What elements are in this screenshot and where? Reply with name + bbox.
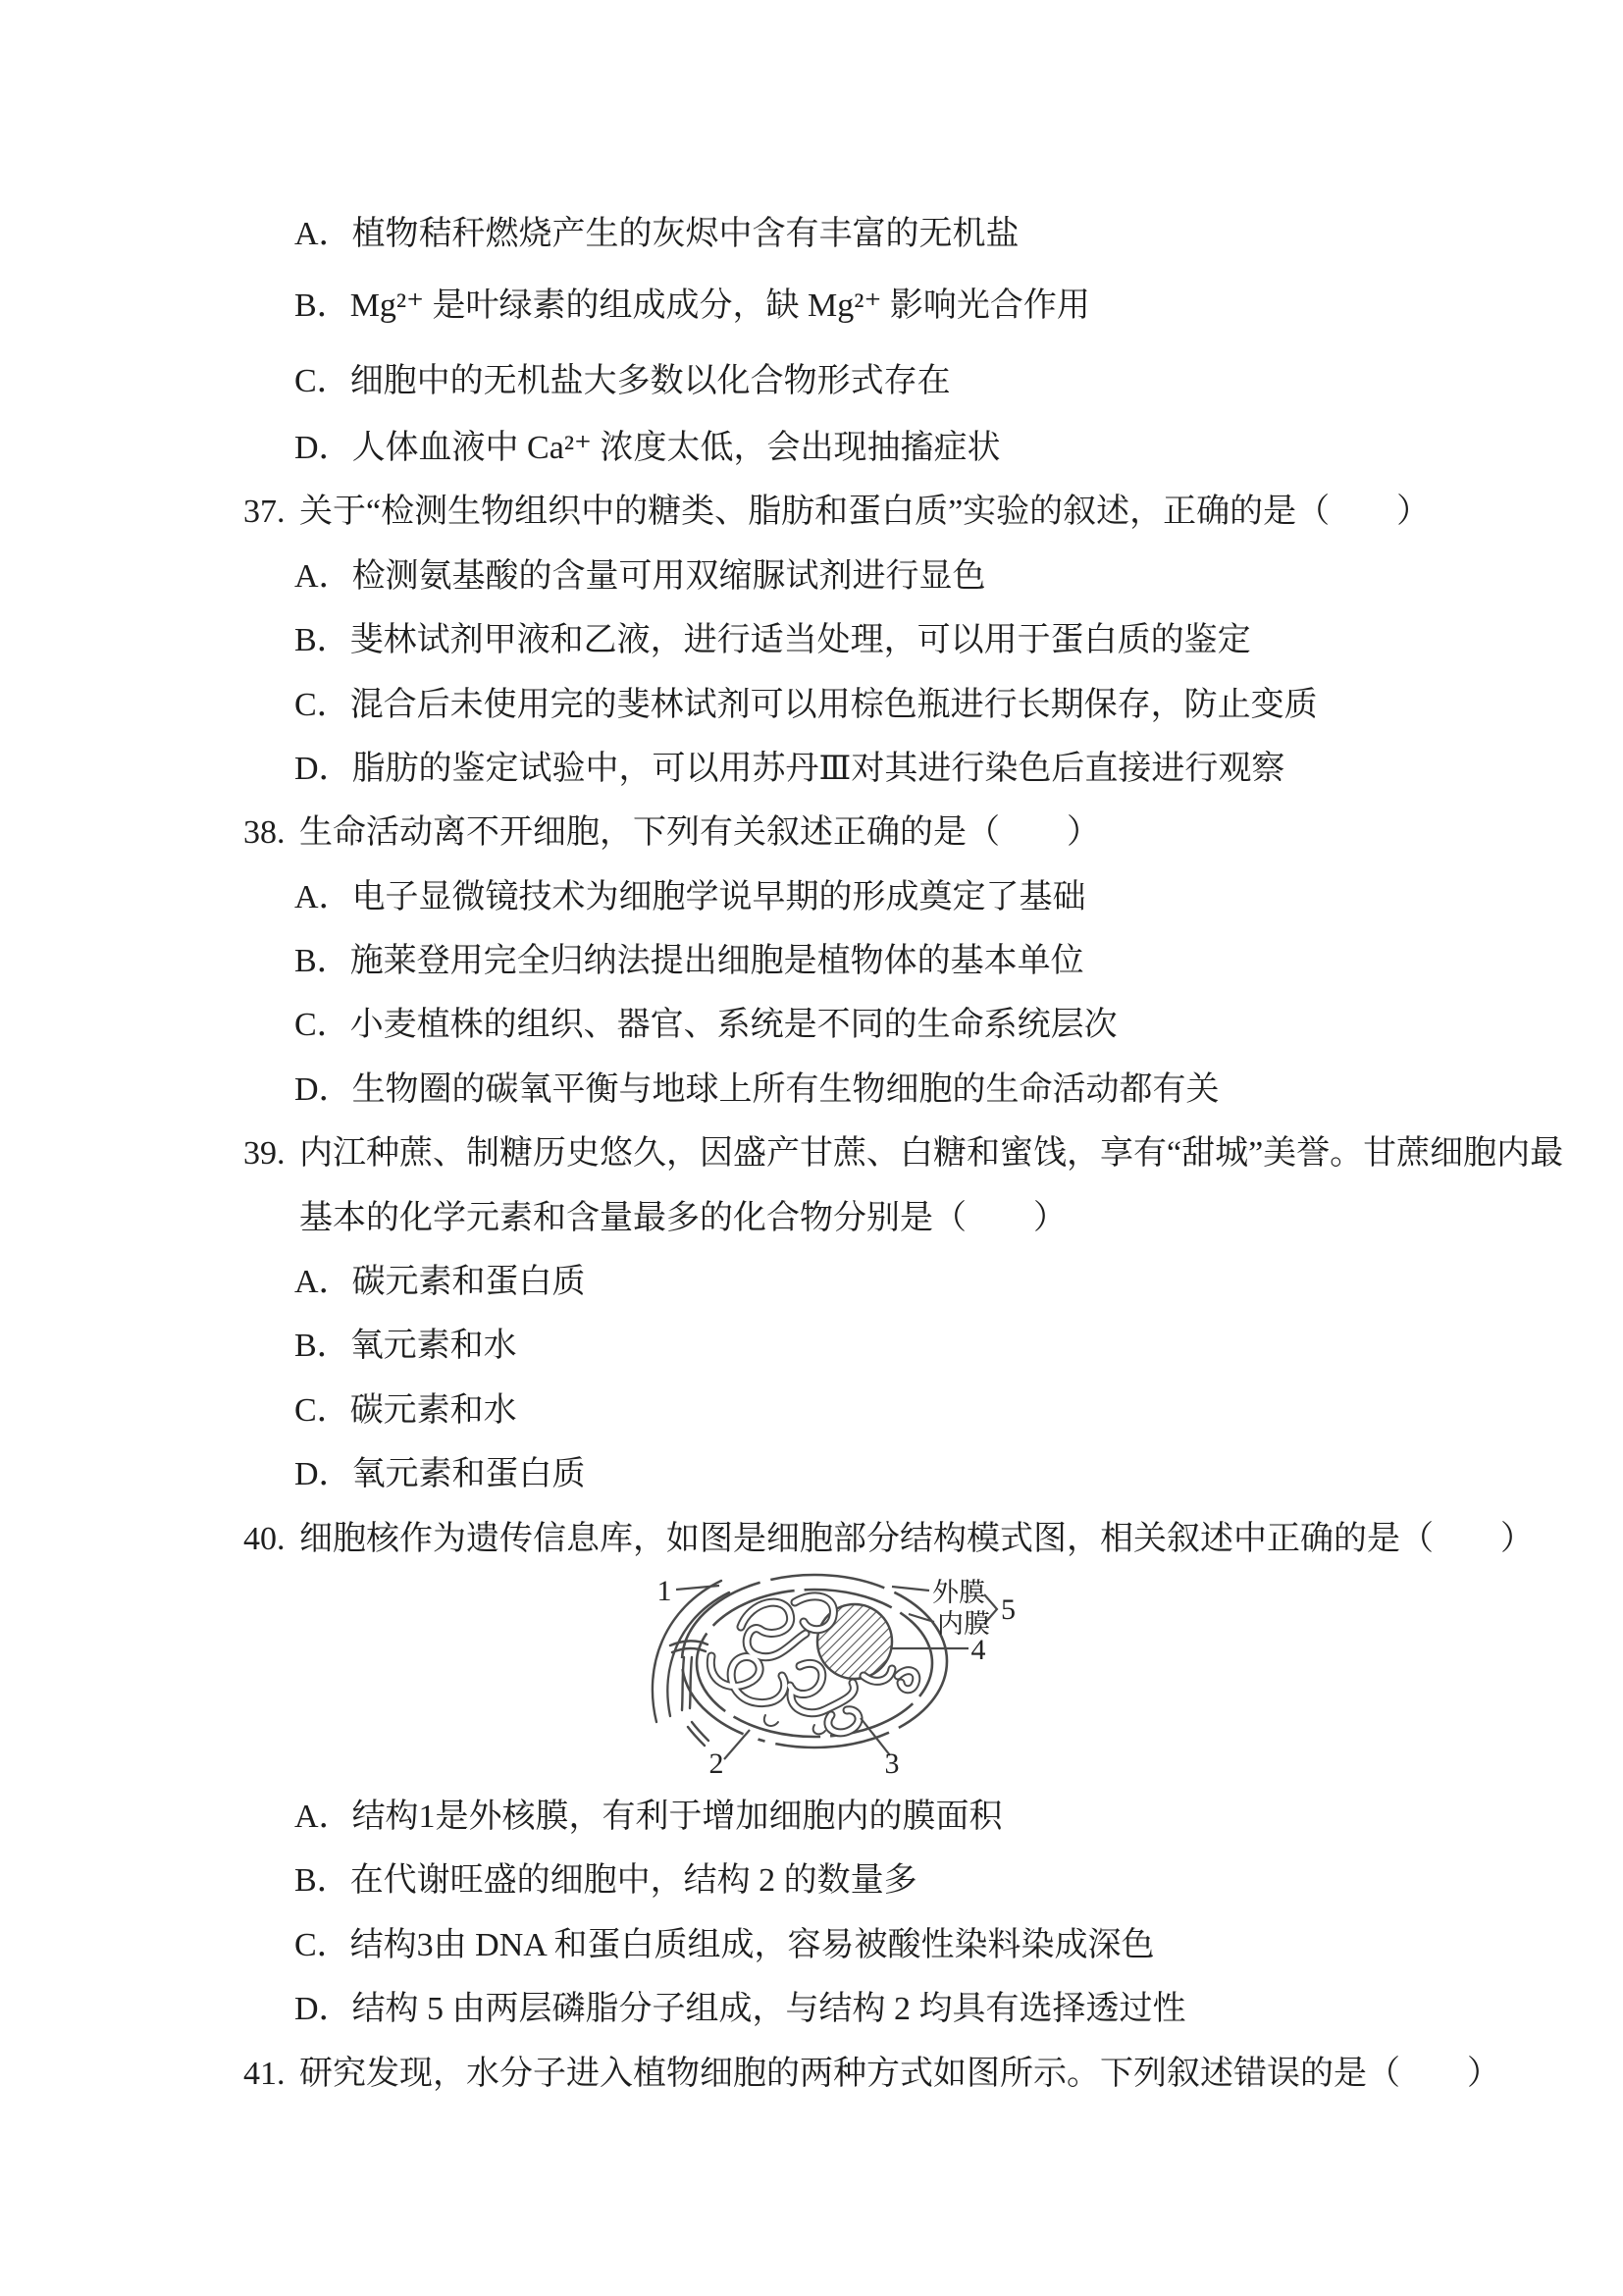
option-label: D． [294,1442,352,1506]
option-37-C: C．混合后未使用完的斐林试剂可以用棕色瓶进行长期保存，防止变质 [294,673,1519,737]
option-label: D． [294,1977,352,2041]
option-text: 结构3由 DNA 和蛋白质组成，容易被酸性染料染成深色 [350,1927,1155,1963]
question-39-continued: 基本的化学元素和含量最多的化合物分别是（ ） [299,1186,1519,1250]
question-41: 41.研究发现，水分子进入植物细胞的两种方式如图所示。下列叙述错误的是（ ） [243,2042,1519,2106]
question-stem: 内江种蔗、制糖历史悠久，因盛产甘蔗、白糖和蜜饯，享有“甜城”美誉。甘蔗细胞内最 [299,1135,1563,1172]
option-38-B: B．施莱登用完全归纳法提出细胞是植物体的基本单位 [294,929,1519,993]
option-label: B． [294,1849,350,1912]
option-36-A: A．植物秸秆燃烧产生的灰烬中含有丰富的无机盐 [294,202,1519,266]
nuclear-pore-gap [743,1729,759,1745]
option-label: C． [294,1913,350,1977]
option-37-A: A．检测氨基酸的含量可用双缩脲试剂进行显色 [294,545,1519,608]
option-text: 斐林试剂甲液和乙液，进行适当处理，可以用于蛋白质的鉴定 [350,622,1251,658]
option-text: 结构1是外核膜，有利于增加细胞内的膜面积 [352,1799,1003,1835]
option-36-C: C．细胞中的无机盐大多数以化合物形式存在 [294,349,1519,413]
option-text: 氧元素和蛋白质 [352,1456,586,1492]
question-38: 38.生命活动离不开细胞，下列有关叙述正确的是（ ） [243,801,1519,864]
option-text: 施莱登用完全归纳法提出细胞是植物体的基本单位 [350,943,1084,979]
question-stem: 关于“检测生物组织中的糖类、脂肪和蛋白质”实验的叙述，正确的是（ ） [299,494,1430,530]
option-39-A: A．碳元素和蛋白质 [294,1250,1519,1314]
option-38-C: C．小麦植株的组织、器官、系统是不同的生命系统层次 [294,993,1519,1057]
option-39-C: C．碳元素和水 [294,1379,1519,1442]
question-number: 39. [243,1122,299,1185]
option-38-A: A．电子显微镜技术为细胞学说早期的形成奠定了基础 [294,865,1519,929]
leader-line-1 [676,1586,719,1590]
figure-label-3: 3 [885,1748,900,1780]
option-text: 人体血液中 Ca²⁺ 浓度太低，会出现抽搐症状 [352,430,1001,466]
option-label: A． [294,545,352,608]
option-text: 检测氨基酸的含量可用双缩脲试剂进行显色 [352,558,986,595]
option-label: C． [294,1379,350,1442]
option-label: D． [294,1058,352,1122]
option-text: 生物圈的碳氧平衡与地球上所有生物细胞的生命活动都有关 [352,1071,1220,1108]
question-stem: 研究发现，水分子进入植物细胞的两种方式如图所示。下列叙述错误的是（ ） [299,2056,1500,2092]
option-39-D: D．氧元素和蛋白质 [294,1442,1519,1506]
option-text: 电子显微镜技术为细胞学说早期的形成奠定了基础 [352,879,1086,915]
option-40-D: D．结构 5 由两层磷脂分子组成，与结构 2 均具有选择透过性 [294,1977,1519,2041]
option-label: A． [294,202,352,266]
option-label: B． [294,929,350,993]
outer-membrane-label: 外膜 [932,1578,985,1607]
option-36-D: D．人体血液中 Ca²⁺ 浓度太低，会出现抽搐症状 [294,416,1519,480]
option-label: A． [294,865,352,929]
question-number: 40. [243,1507,299,1571]
figure-label-1: 1 [657,1575,672,1607]
question-number: 41. [243,2042,299,2106]
option-text: 植物秸秆燃烧产生的灰烬中含有丰富的无机盐 [352,216,1020,252]
option-40-A: A．结构1是外核膜，有利于增加细胞内的膜面积 [294,1785,1519,1849]
option-label: D． [294,416,352,480]
option-label: A． [294,1250,352,1314]
option-text: 小麦植株的组织、器官、系统是不同的生命系统层次 [350,1007,1118,1043]
option-label: B． [294,608,350,672]
question-40: 40.细胞核作为遗传信息库，如图是细胞部分结构模式图，相关叙述中正确的是（ ） [243,1507,1519,1571]
question-number: 37. [243,480,299,544]
option-40-B: B．在代谢旺盛的细胞中，结构 2 的数量多 [294,1849,1519,1912]
cell-nucleus-figure: 1 2 3 4 5 外膜 内膜 [243,1571,1519,1785]
leader-line-2 [724,1730,750,1759]
option-text: 碳元素和水 [350,1392,517,1429]
option-37-B: B．斐林试剂甲液和乙液，进行适当处理，可以用于蛋白质的鉴定 [294,608,1519,672]
option-text: 在代谢旺盛的细胞中，结构 2 的数量多 [350,1862,917,1899]
option-38-D: D．生物圈的碳氧平衡与地球上所有生物细胞的生命活动都有关 [294,1058,1519,1122]
option-text: 氧元素和水 [350,1328,517,1364]
option-label: A． [294,1785,352,1849]
inner-membrane-label: 内膜 [937,1609,990,1639]
leader-line-outer-membrane [892,1587,929,1591]
option-label: C． [294,993,350,1057]
question-stem: 细胞核作为遗传信息库，如图是细胞部分结构模式图，相关叙述中正确的是（ ） [299,1521,1534,1557]
question-37: 37.关于“检测生物组织中的糖类、脂肪和蛋白质”实验的叙述，正确的是（ ） [243,480,1519,544]
option-text: Mg²⁺ 是叶绿素的组成成分，缺 Mg²⁺ 影响光合作用 [350,287,1090,324]
option-label: B． [294,1314,350,1378]
question-number: 38. [243,801,299,864]
option-label: C． [294,673,350,737]
option-label: D． [294,737,352,801]
nucleolus [817,1604,892,1679]
cell-nucleus-diagram: 1 2 3 4 5 外膜 内膜 [613,1573,1025,1787]
question-stem: 生命活动离不开细胞，下列有关叙述正确的是（ ） [299,814,1100,851]
question-stem: 基本的化学元素和含量最多的化合物分别是（ ） [299,1200,1067,1236]
option-text: 碳元素和蛋白质 [352,1264,586,1300]
option-text: 细胞中的无机盐大多数以化合物形式存在 [350,363,951,399]
option-label: B． [294,274,350,338]
option-text: 脂肪的鉴定试验中，可以用苏丹Ⅲ对其进行染色后直接进行观察 [352,751,1285,787]
question-39: 39.内江种蔗、制糖历史悠久，因盛产甘蔗、白糖和蜜饯，享有“甜城”美誉。甘蔗细胞… [243,1122,1519,1185]
figure-label-2: 2 [709,1748,724,1780]
exam-page: A．植物秸秆燃烧产生的灰烬中含有丰富的无机盐 B．Mg²⁺ 是叶绿素的组成成分，… [0,0,1623,2296]
option-label: C． [294,349,350,413]
option-39-B: B．氧元素和水 [294,1314,1519,1378]
option-text: 结构 5 由两层磷脂分子组成，与结构 2 均具有选择透过性 [352,1991,1186,2027]
option-37-D: D．脂肪的鉴定试验中，可以用苏丹Ⅲ对其进行染色后直接进行观察 [294,737,1519,801]
option-text: 混合后未使用完的斐林试剂可以用棕色瓶进行长期保存，防止变质 [350,687,1318,723]
option-36-B: B．Mg²⁺ 是叶绿素的组成成分，缺 Mg²⁺ 影响光合作用 [294,274,1519,338]
chromatin [710,1596,916,1734]
figure-label-5: 5 [1001,1593,1016,1626]
option-40-C: C．结构3由 DNA 和蛋白质组成，容易被酸性染料染成深色 [294,1913,1519,1977]
exam-content: A．植物秸秆燃烧产生的灰烬中含有丰富的无机盐 B．Mg²⁺ 是叶绿素的组成成分，… [0,0,1519,2106]
